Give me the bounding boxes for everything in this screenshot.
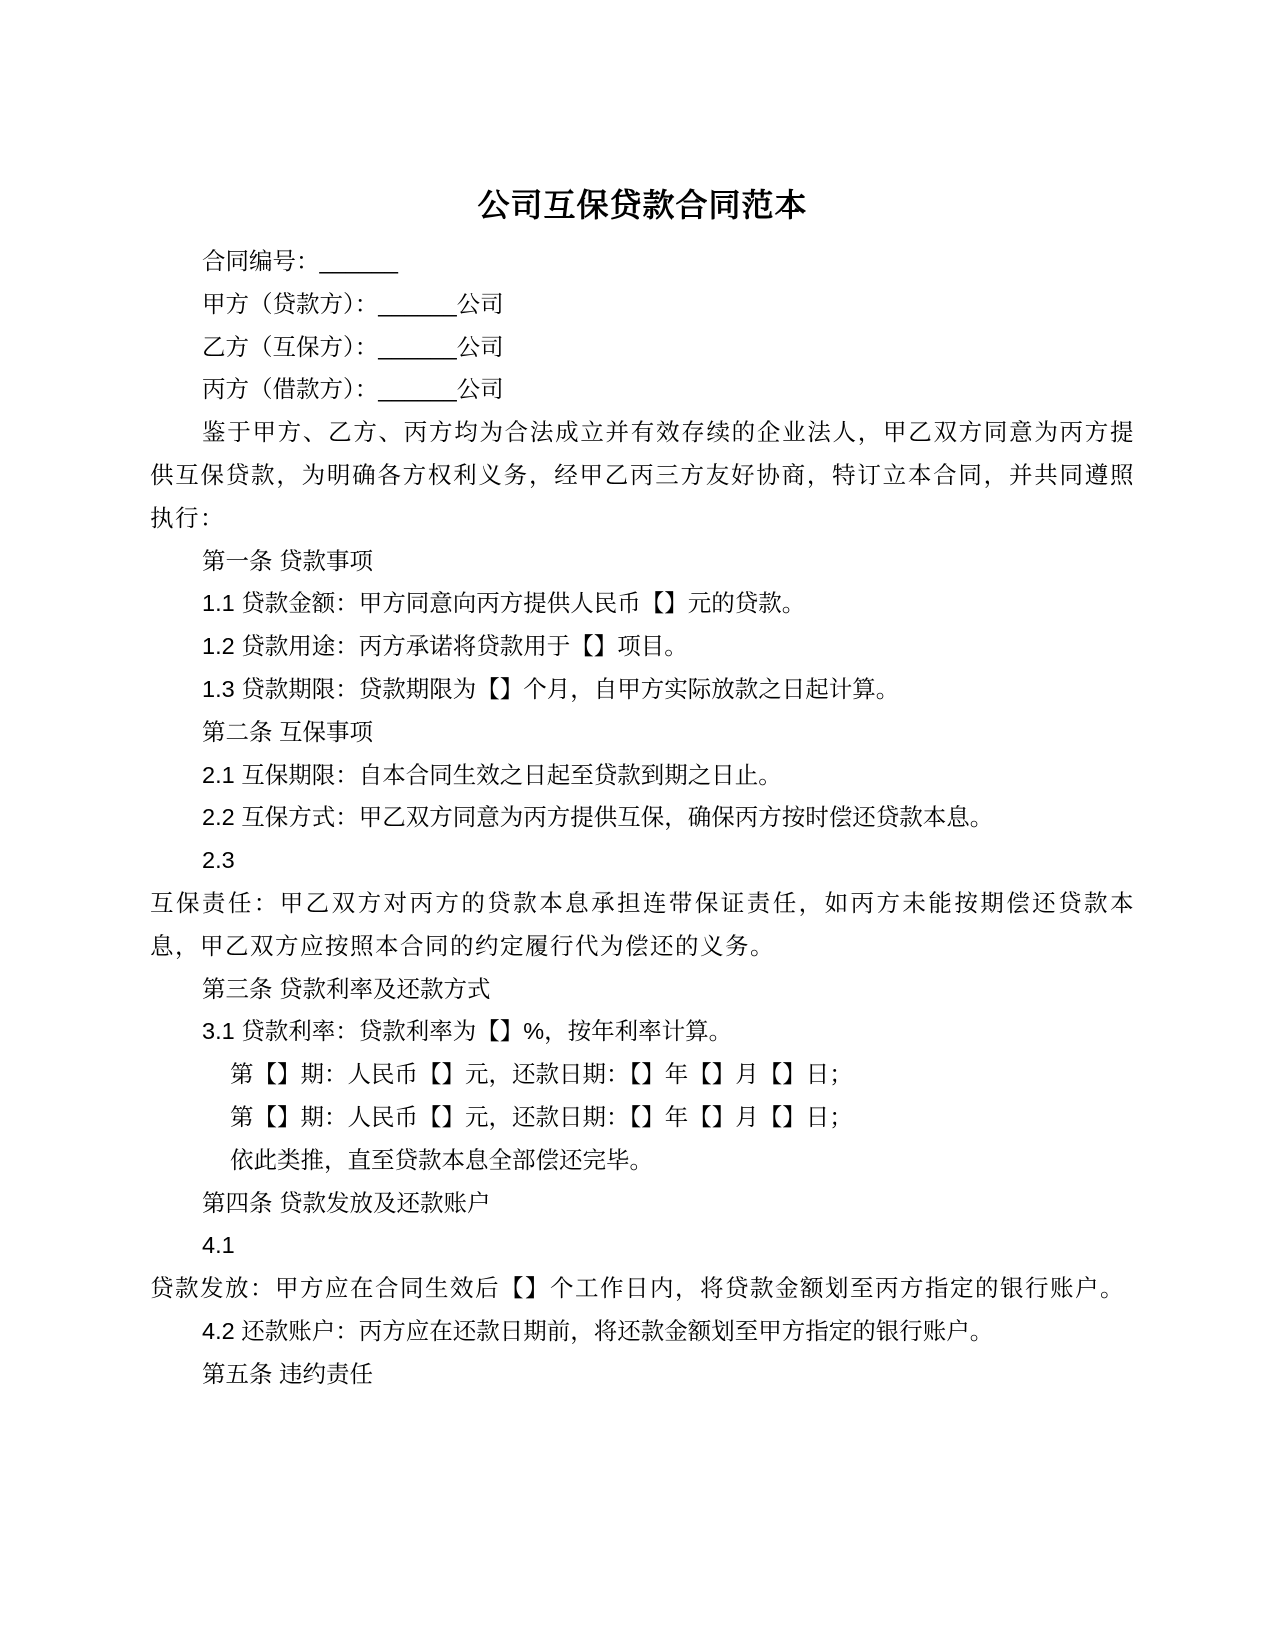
field-suffix: 公司 (457, 334, 504, 360)
field-label: 甲方（贷款方）： (202, 291, 378, 317)
field-label: 丙方（借款方）： (202, 376, 378, 402)
clause-1-3: 1.3 贷款期限：贷款期限为【】个月，自甲方实际放款之日起计算。 (150, 668, 1135, 711)
field-suffix: 公司 (457, 291, 504, 317)
clause-3-1: 3.1 贷款利率：贷款利率为【】%，按年利率计算。 (150, 1010, 1135, 1053)
field-contract-number: 合同编号：______ (150, 240, 1135, 283)
clause-4-1-number: 4.1 (150, 1224, 1135, 1267)
clause-2-1: 2.1 互保期限：自本合同生效之日起至贷款到期之日止。 (150, 754, 1135, 797)
field-label: 乙方（互保方）： (202, 334, 378, 360)
repayment-schedule-line-2: 第【】期：人民币【】元，还款日期：【】年【】月【】日； (150, 1096, 1135, 1139)
repayment-schedule-line-1: 第【】期：人民币【】元，还款日期：【】年【】月【】日； (150, 1053, 1135, 1096)
section-5-heading: 第五条 违约责任 (150, 1353, 1135, 1396)
field-label: 合同编号： (202, 248, 320, 274)
section-3-heading: 第三条 贷款利率及还款方式 (150, 968, 1135, 1011)
blank-line: ______ (378, 334, 456, 360)
repayment-schedule-note: 依此类推，直至贷款本息全部偿还完毕。 (150, 1139, 1135, 1182)
field-party-b: 乙方（互保方）：______公司 (150, 326, 1135, 369)
preamble-paragraph: 鉴于甲方、乙方、丙方均为合法成立并有效存续的企业法人，甲乙双方同意为丙方提供互保… (150, 411, 1135, 539)
document-page: 公司互保贷款合同范本 合同编号：______ 甲方（贷款方）：______公司 … (0, 0, 1275, 1650)
field-suffix: 公司 (457, 376, 504, 402)
section-2-heading: 第二条 互保事项 (150, 711, 1135, 754)
field-party-a: 甲方（贷款方）：______公司 (150, 283, 1135, 326)
clause-4-2: 4.2 还款账户：丙方应在还款日期前，将还款金额划至甲方指定的银行账户。 (150, 1310, 1135, 1353)
blank-line: ______ (378, 291, 456, 317)
section-4-heading: 第四条 贷款发放及还款账户 (150, 1182, 1135, 1225)
contract-title: 公司互保贷款合同范本 (150, 184, 1135, 226)
clause-2-3-text: 互保责任：甲乙双方对丙方的贷款本息承担连带保证责任，如丙方未能按期偿还贷款本息，… (150, 882, 1135, 968)
blank-line: ______ (378, 376, 456, 402)
field-party-c: 丙方（借款方）：______公司 (150, 368, 1135, 411)
clause-2-3-number: 2.3 (150, 839, 1135, 882)
blank-line: ______ (320, 248, 398, 274)
section-1-heading: 第一条 贷款事项 (150, 540, 1135, 583)
clause-1-2: 1.2 贷款用途：丙方承诺将贷款用于【】项目。 (150, 625, 1135, 668)
clause-1-1: 1.1 贷款金额：甲方同意向丙方提供人民币【】元的贷款。 (150, 582, 1135, 625)
clause-2-2: 2.2 互保方式：甲乙双方同意为丙方提供互保，确保丙方按时偿还贷款本息。 (150, 796, 1135, 839)
contract-body: 公司互保贷款合同范本 合同编号：______ 甲方（贷款方）：______公司 … (150, 0, 1135, 1396)
clause-4-1-text: 贷款发放：甲方应在合同生效后【】个工作日内，将贷款金额划至丙方指定的银行账户。 (150, 1267, 1135, 1310)
